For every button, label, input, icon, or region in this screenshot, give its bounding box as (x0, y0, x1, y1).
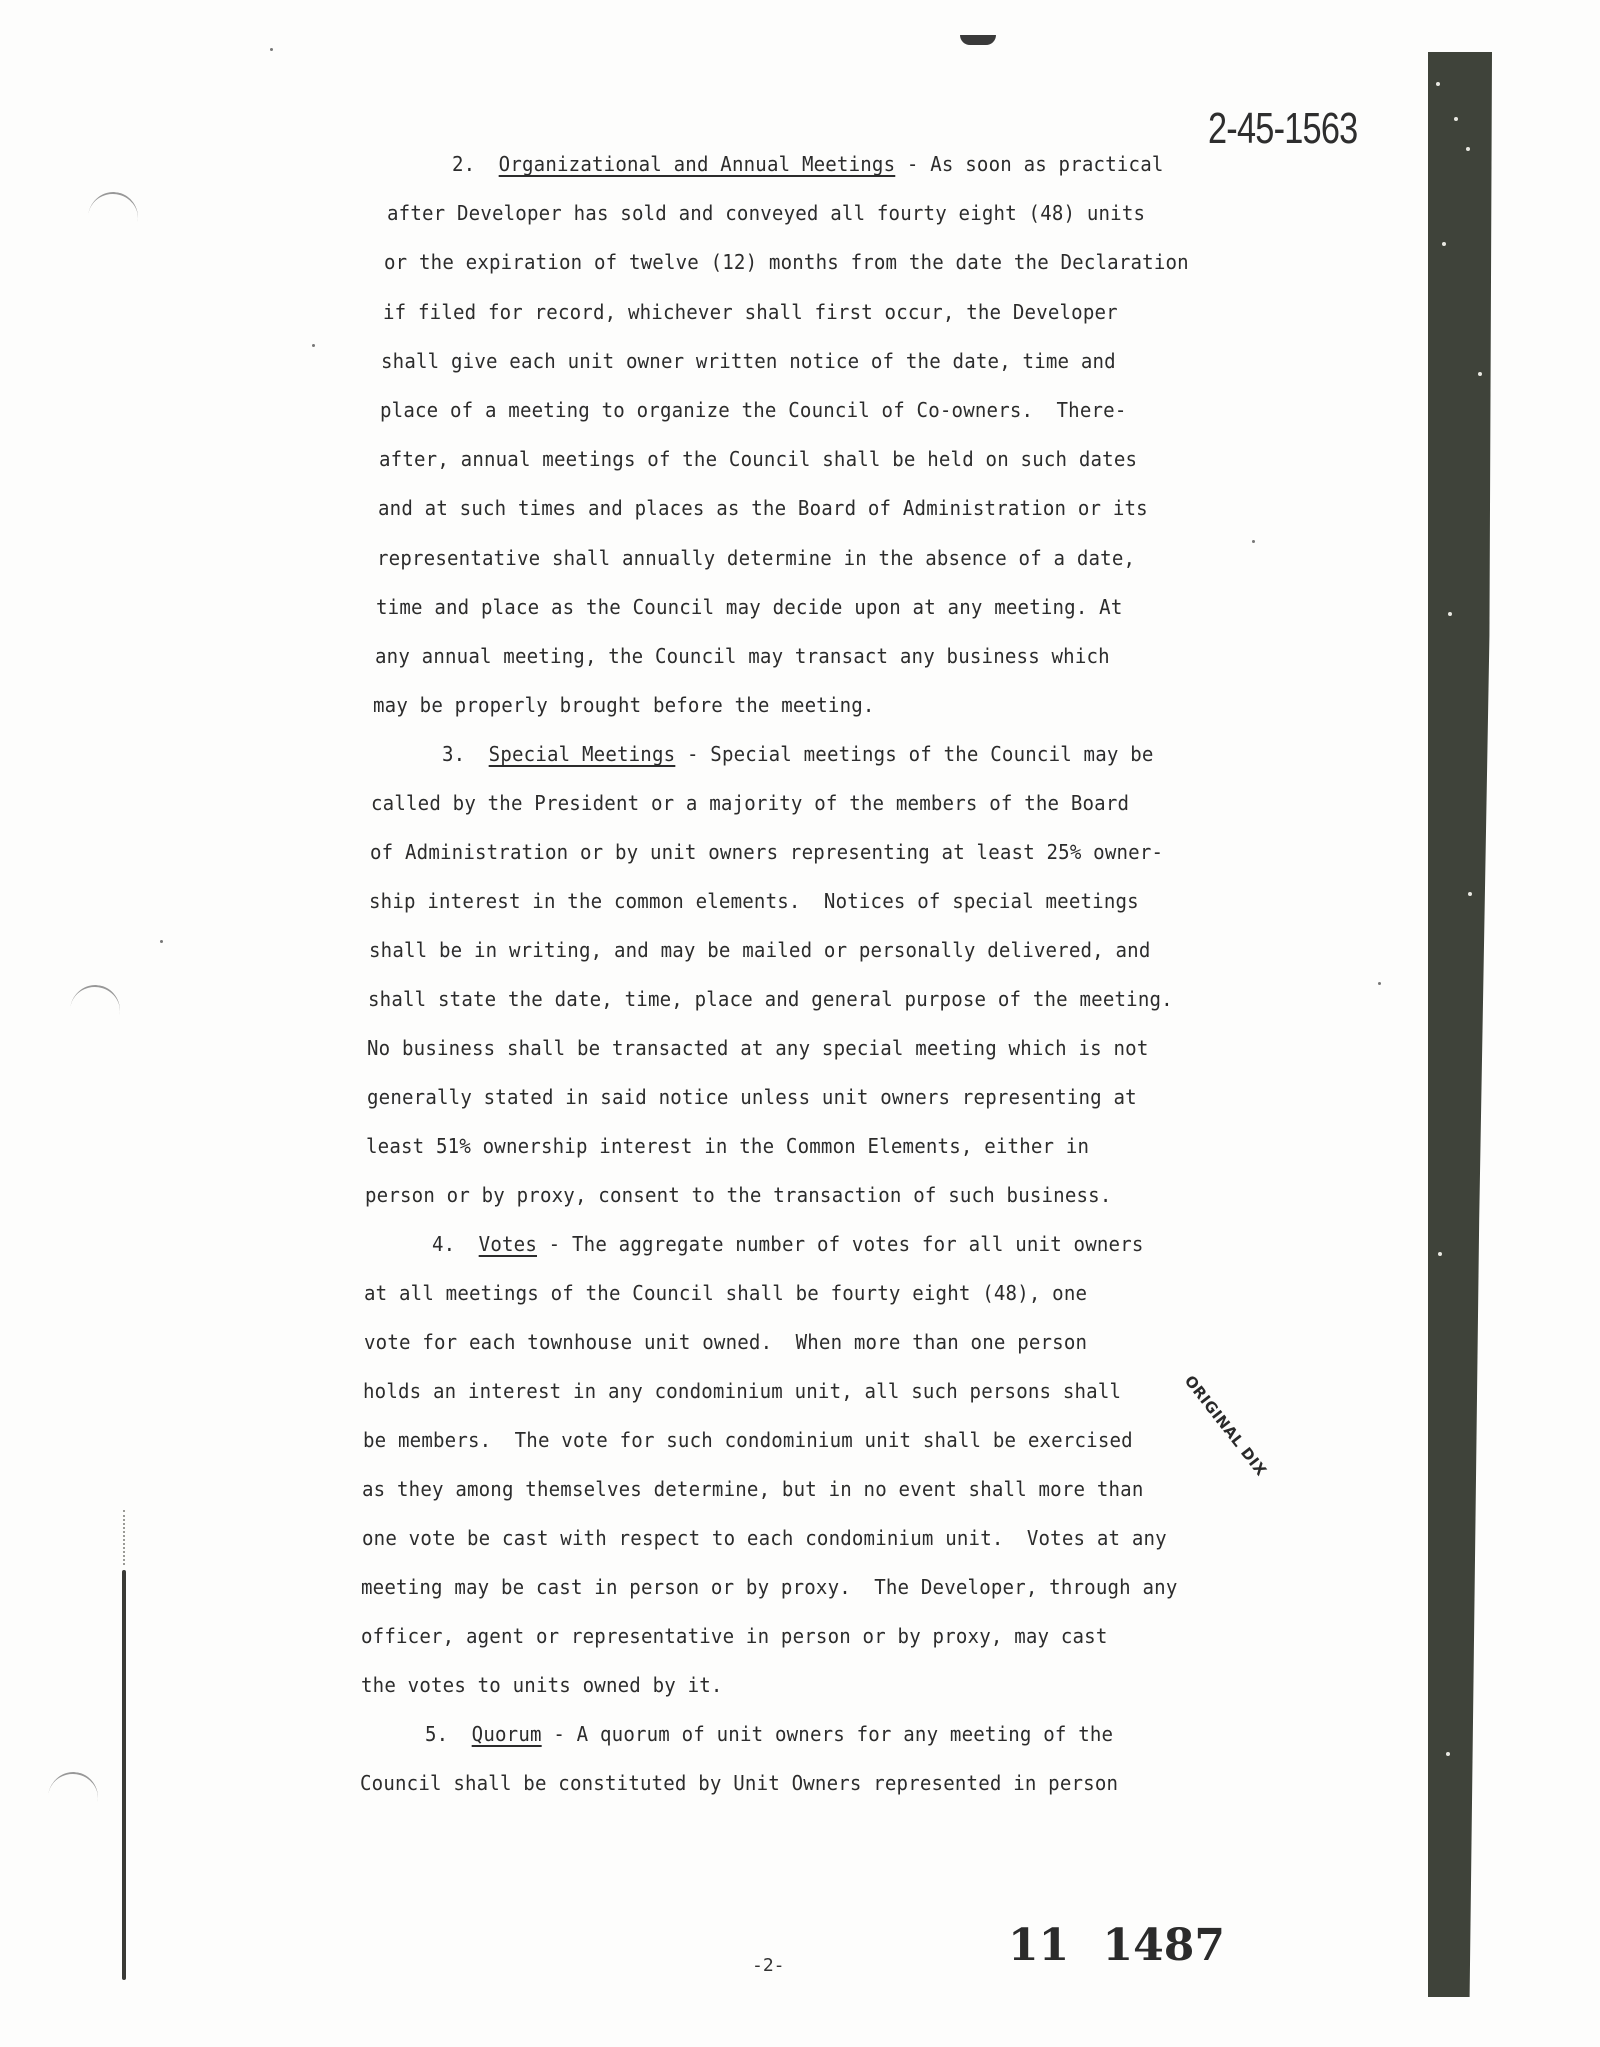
binding-edge-line (122, 1570, 126, 1980)
scanner-edge-shadow (1428, 52, 1492, 1997)
scan-speck (1378, 982, 1381, 985)
text-line: after, annual meetings of the Council sh… (379, 447, 1137, 471)
text-line: or the expiration of twelve (12) months … (384, 250, 1189, 274)
text-line: the votes to units owned by it. (361, 1673, 723, 1697)
punch-hole-arc (85, 189, 142, 247)
text-line: person or by proxy, consent to the trans… (365, 1183, 1112, 1207)
section-number: 2. (452, 152, 475, 176)
text-line: of Administration or by unit owners repr… (370, 840, 1163, 864)
text-line: generally stated in said notice unless u… (367, 1085, 1137, 1109)
section-text: - The aggregate number of votes for all … (537, 1232, 1144, 1256)
text-line: holds an interest in any condominium uni… (363, 1379, 1121, 1403)
section-number: 4. (432, 1232, 455, 1256)
section-text: - A quorum of unit owners for any meetin… (542, 1722, 1114, 1746)
text-line: may be properly brought before the meeti… (373, 693, 875, 717)
text-line: least 51% ownership interest in the Comm… (366, 1134, 1089, 1158)
text-line: representative shall annually determine … (377, 546, 1135, 570)
section-3-first-line: 3. Special Meetings - Special meetings o… (442, 742, 1154, 766)
book-page-stamp: 11 1487 (1008, 1920, 1225, 1971)
text-line: one vote be cast with respect to each co… (362, 1526, 1167, 1550)
text-line: time and place as the Council may decide… (376, 595, 1123, 619)
section-number: 5. (425, 1722, 448, 1746)
text-line: after Developer has sold and conveyed al… (387, 201, 1145, 225)
scanned-document-page: 2-45-1563 2. Organizational and Annual M… (0, 0, 1600, 2047)
text-line: ship interest in the common elements. No… (369, 889, 1139, 913)
scan-speck (270, 48, 273, 51)
document-reference-number: 2-45-1563 (1208, 104, 1357, 154)
text-line: shall state the date, time, place and ge… (368, 987, 1173, 1011)
text-line: as they among themselves determine, but … (362, 1477, 1144, 1501)
punch-hole-arc (67, 982, 124, 1040)
original-stamp: ORIGINAL DIX (1181, 1372, 1270, 1479)
scan-artifact-mark (960, 35, 996, 45)
section-heading: Votes (479, 1232, 537, 1256)
text-line: called by the President or a majority of… (371, 791, 1129, 815)
section-2-first-line: 2. Organizational and Annual Meetings - … (452, 152, 1164, 176)
text-line: shall give each unit owner written notic… (381, 349, 1116, 373)
text-line: any annual meeting, the Council may tran… (375, 644, 1110, 668)
text-line: Council shall be constituted by Unit Own… (360, 1771, 1118, 1795)
section-heading: Quorum (472, 1722, 542, 1746)
text-line: vote for each townhouse unit owned. When… (364, 1330, 1087, 1354)
text-line: No business shall be transacted at any s… (367, 1036, 1149, 1060)
section-4-first-line: 4. Votes - The aggregate number of votes… (432, 1232, 1144, 1256)
section-text: - Special meetings of the Council may be (675, 742, 1153, 766)
section-text: - As soon as practical (895, 152, 1163, 176)
text-line: place of a meeting to organize the Counc… (380, 398, 1127, 422)
scan-speck (1252, 540, 1255, 543)
text-line: if filed for record, whichever shall fir… (383, 300, 1118, 324)
text-line: be members. The vote for such condominiu… (363, 1428, 1133, 1452)
binding-perforation (123, 1510, 127, 1565)
text-line: meeting may be cast in person or by prox… (361, 1575, 1177, 1599)
text-line: at all meetings of the Council shall be … (364, 1281, 1087, 1305)
page-number: -2- (752, 1955, 785, 1976)
section-heading: Special Meetings (489, 742, 676, 766)
text-line: and at such times and places as the Boar… (378, 496, 1148, 520)
text-line: officer, agent or representative in pers… (361, 1624, 1108, 1648)
section-5-first-line: 5. Quorum - A quorum of unit owners for … (425, 1722, 1113, 1746)
text-line: shall be in writing, and may be mailed o… (369, 938, 1151, 962)
section-heading: Organizational and Annual Meetings (499, 152, 896, 176)
section-number: 3. (442, 742, 465, 766)
scan-speck (160, 940, 163, 943)
punch-hole-arc (45, 1769, 102, 1827)
scan-speck (312, 344, 315, 347)
